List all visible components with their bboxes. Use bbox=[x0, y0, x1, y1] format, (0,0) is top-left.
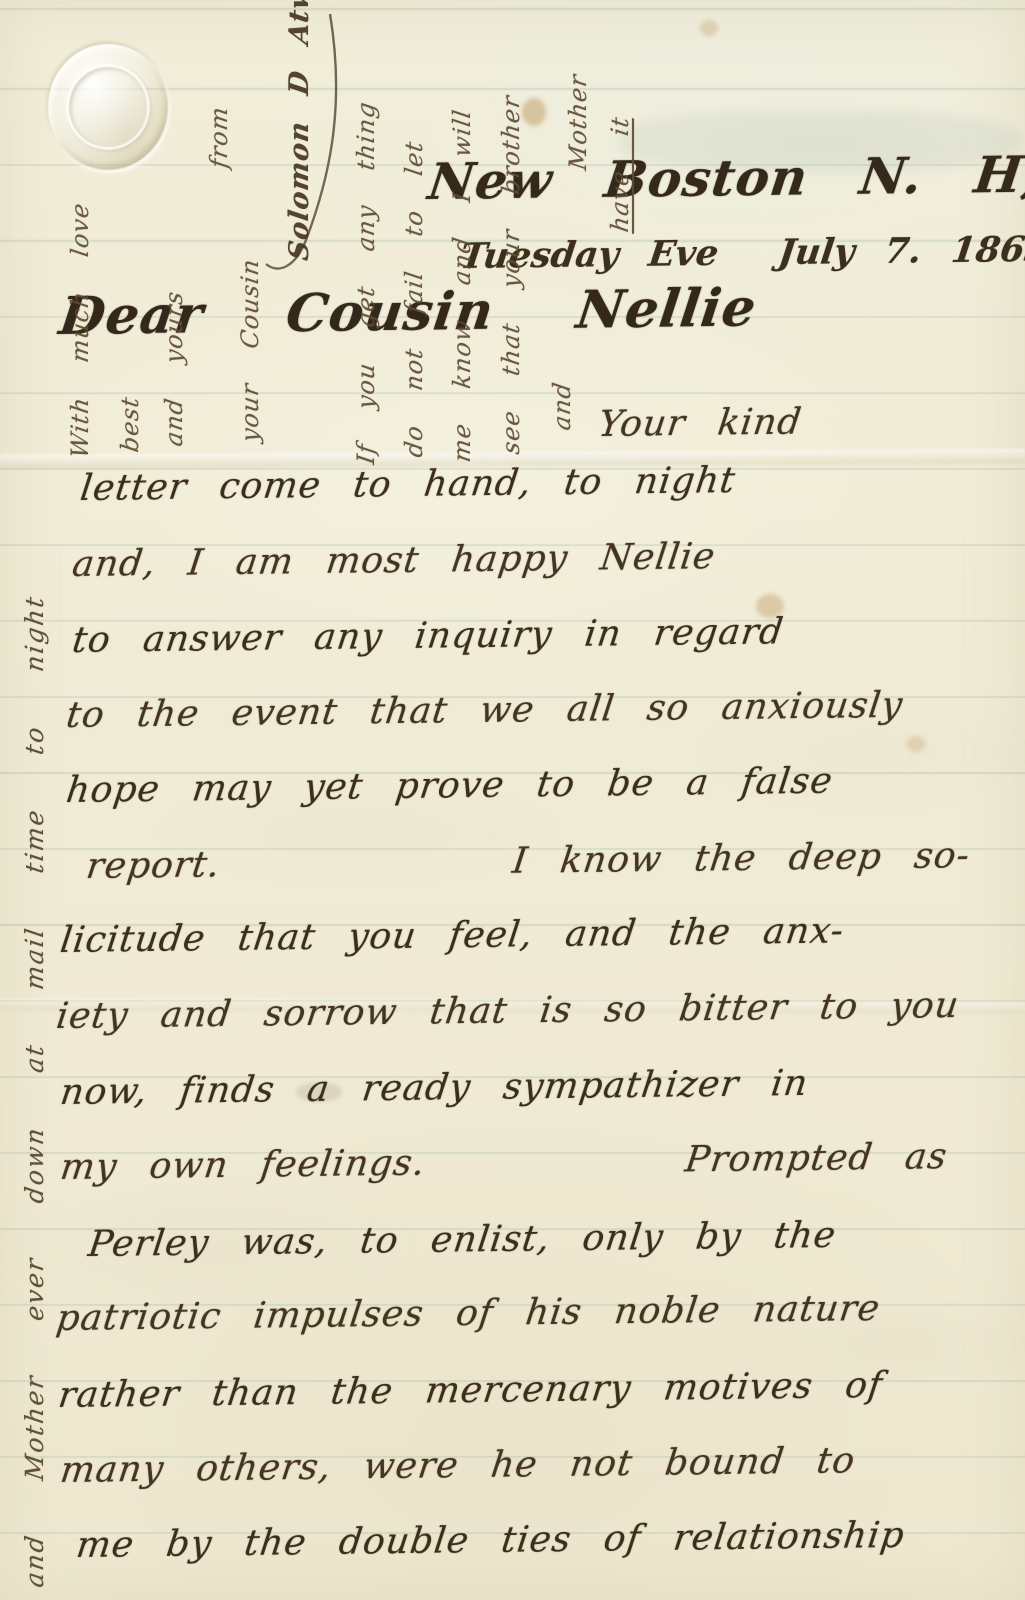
body-line: me by the double ties of relationship bbox=[74, 1515, 907, 1566]
cross-writing-line: best bbox=[116, 394, 144, 453]
body-line: and, I am most happy Nellie bbox=[70, 536, 718, 585]
letter-scan-page: New Boston N. H, Tuesday Eve July 7. 186… bbox=[0, 0, 1025, 1600]
cross-writing-line: from bbox=[205, 104, 233, 169]
body-line: hope may yet prove to be a false bbox=[64, 761, 835, 811]
cross-writing-line: and yours bbox=[160, 289, 188, 448]
cross-writing-line: me know and I will bbox=[448, 107, 476, 464]
cross-writing-line: If you get any thing bbox=[352, 100, 380, 466]
body-line: to answer any inquiry in regard bbox=[70, 611, 786, 661]
cross-writing-line: your Cousin bbox=[236, 257, 264, 444]
cross-writing-line: and bbox=[548, 380, 576, 432]
cross-writing-line: see that your brother bbox=[497, 93, 525, 456]
heading-date: Tuesday Eve July 7. 1863 bbox=[458, 229, 1025, 277]
stain bbox=[906, 736, 926, 752]
cross-writing-line: Mother bbox=[564, 72, 592, 172]
embossed-stationer-seal bbox=[48, 44, 168, 170]
cross-writing-line: With much love bbox=[66, 201, 94, 460]
body-line: letter come to hand, to night bbox=[78, 460, 738, 509]
body-line: my own feelings. Prompted as bbox=[58, 1136, 950, 1188]
body-line: licitude that you feel, and the anx- bbox=[58, 910, 847, 961]
stain bbox=[700, 20, 718, 36]
body-line: many others, were he not bound to bbox=[58, 1440, 858, 1491]
cross-writing-line: do not fail to let bbox=[400, 139, 428, 459]
body-line: report. I know the deep so- bbox=[84, 835, 973, 887]
cross-writing-signature: Solomon D Atwood bbox=[284, 0, 315, 262]
margin-note: and Mother ever down at mail time to nig… bbox=[20, 593, 49, 1589]
body-line: iety and sorrow that is so bitter to you bbox=[54, 985, 962, 1037]
body-line: patriotic impulses of his noble nature bbox=[54, 1288, 883, 1339]
stain bbox=[522, 98, 546, 126]
body-line: now, finds a ready sympathizer in bbox=[58, 1063, 811, 1113]
cross-writing-line: have it bbox=[606, 115, 634, 234]
body-line: Your kind bbox=[596, 402, 804, 445]
body-line: to the event that we all so anxiously bbox=[64, 685, 905, 736]
body-line: rather than the mercenary motives of bbox=[56, 1365, 885, 1416]
body-line: Perley was, to enlist, only by the bbox=[86, 1215, 839, 1265]
